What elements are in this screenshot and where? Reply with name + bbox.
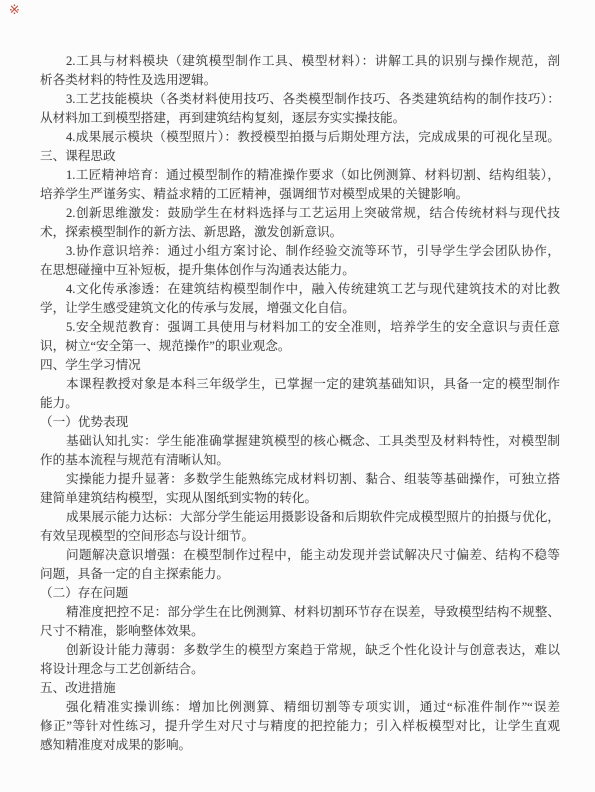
text-line: 创新设计能力薄弱：多数学生的模型方案趋于常规，缺乏个性化设计与创意表达，难以 (40, 641, 560, 660)
text-line: 术，探索模型制作的新方法、新思路，激发创新意识。 (40, 223, 560, 242)
text-line: 学，让学生感受建筑文化的传承与发展，增强文化自信。 (40, 299, 560, 318)
text-line: 强化精准实操训练：增加比例测算、精细切割等专项实训，通过“标准件制作”“误差 (40, 698, 560, 717)
text-line: 从材料加工到模型搭建，再到建筑结构复刻，逐层夯实实操技能。 (40, 109, 560, 128)
document-page: 2.工具与材料模块（建筑模型制作工具、模型材料）：讲解工具的识别与操作规范，剖析… (40, 52, 560, 755)
text-line: 4.成果展示模块（模型照片）：教授模型拍摄与后期处理方法，完成成果的可视化呈现。 (40, 128, 560, 147)
text-line: 修正”等针对性练习，提升学生对尺寸与精度的把控能力；引入样板模型对比，让学生直观 (40, 717, 560, 736)
text-line: 四、学生学习情况 (40, 356, 560, 375)
text-line: 在思想碰撞中互补短板，提升集体创作与沟通表达能力。 (40, 261, 560, 280)
text-line: 3.工艺技能模块（各类材料使用技巧、各类模型制作技巧、各类建筑结构的制作技巧）： (40, 90, 560, 109)
text-line: 培养学生严谨务实、精益求精的工匠精神，强调细节对模型成果的关键影响。 (40, 185, 560, 204)
text-line: 问题，具备一定的自主探索能力。 (40, 565, 560, 584)
text-line: 五、改进措施 (40, 679, 560, 698)
text-line: 建简单建筑结构模型，实现从图纸到实物的转化。 (40, 489, 560, 508)
text-line: 1.工匠精神培育：通过模型制作的精准操作要求（如比例测算、材料切割、结构组装）， (40, 166, 560, 185)
text-line: 4.文化传承渗透：在建筑结构模型制作中，融入传统建筑工艺与现代建筑技术的对比教 (40, 280, 560, 299)
text-line: 尺寸不精准，影响整体效果。 (40, 622, 560, 641)
text-line: 识，树立“安全第一、规范操作”的职业观念。 (40, 337, 560, 356)
text-line: 析各类材料的特性及选用逻辑。 (40, 71, 560, 90)
text-line: （二）存在问题 (40, 584, 560, 603)
text-line: 成果展示能力达标：大部分学生能运用摄影设备和后期软件完成模型照片的拍摄与优化， (40, 508, 560, 527)
text-line: 基础认知扎实：学生能准确掌握建筑模型的核心概念、工具类型及材料特性，对模型制 (40, 432, 560, 451)
text-line: 实操能力提升显著：多数学生能熟练完成材料切割、黏合、组装等基础操作，可独立搭 (40, 470, 560, 489)
text-line: 3.协作意识培养：通过小组方案讨论、制作经验交流等环节，引导学生学会团队协作， (40, 242, 560, 261)
text-line: 5.安全规范教育：强调工具使用与材料加工的安全准则，培养学生的安全意识与责任意 (40, 318, 560, 337)
text-line: 将设计理念与工艺创新结合。 (40, 660, 560, 679)
text-line: 精准度把控不足：部分学生在比例测算、材料切割环节存在误差，导致模型结构不规整、 (40, 603, 560, 622)
text-line: 本课程教授对象是本科三年级学生，已掌握一定的建筑基础知识，具备一定的模型制作 (40, 375, 560, 394)
text-line: 能力。 (40, 394, 560, 413)
text-line: 有效呈现模型的空间形态与设计细节。 (40, 527, 560, 546)
red-corner-mark: ※ (9, 3, 20, 17)
text-line: （一）优势表现 (40, 413, 560, 432)
text-line: 感知精准度对成果的影响。 (40, 736, 560, 755)
text-line: 2.创新思维激发：鼓励学生在材料选择与工艺运用上突破常规，结合传统材料与现代技 (40, 204, 560, 223)
text-line: 2.工具与材料模块（建筑模型制作工具、模型材料）：讲解工具的识别与操作规范，剖 (40, 52, 560, 71)
text-line: 作的基本流程与规范有清晰认知。 (40, 451, 560, 470)
text-line: 问题解决意识增强：在模型制作过程中，能主动发现并尝试解决尺寸偏差、结构不稳等 (40, 546, 560, 565)
text-line: 三、课程思政 (40, 147, 560, 166)
